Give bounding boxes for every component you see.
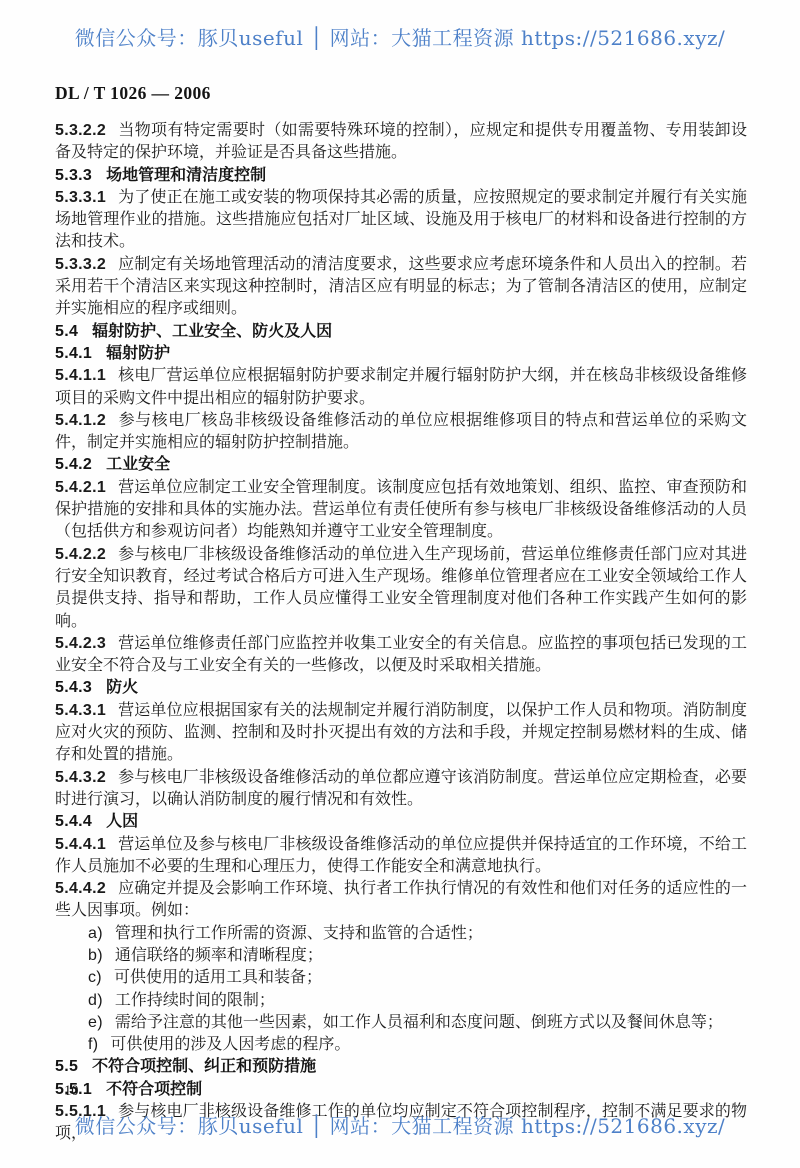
clause-number: 5.4.1.2 xyxy=(55,412,106,429)
list-item: b)通信联络的频率和清晰程度； xyxy=(55,945,747,967)
clause-text: 营运单位及参与核电厂非核级设备维修活动的单位应提供并保持适宜的工作环境，不给工作… xyxy=(55,836,747,875)
clause-text: 工业安全 xyxy=(106,456,170,473)
clause-number: a) xyxy=(88,925,103,942)
clause-number: 5.4.4 xyxy=(55,813,92,830)
clause-number: b) xyxy=(88,947,103,964)
section-heading: 5.3.3场地管理和清洁度控制 xyxy=(55,165,747,187)
clause-paragraph: 5.4.3.2参与核电厂非核级设备维修活动的单位都应遵守该消防制度。营运单位应定… xyxy=(55,767,747,812)
clause-number: 5.3.2.2 xyxy=(55,122,106,139)
clause-text: 通信联络的频率和清晰程度； xyxy=(115,947,323,964)
section-heading: 5.5.1不符合项控制 xyxy=(55,1079,747,1101)
clause-text: 辐射防护、工业安全、防火及人因 xyxy=(92,323,332,340)
clause-number: 5.5 xyxy=(55,1058,78,1075)
clause-number: 5.4.2.3 xyxy=(55,635,106,652)
clause-number: 5.4 xyxy=(55,323,78,340)
clause-text: 可供使用的涉及人因考虑的程序。 xyxy=(110,1036,350,1053)
clause-text: 场地管理和清洁度控制 xyxy=(106,167,266,184)
clause-text: 不符合项控制、纠正和预防措施 xyxy=(92,1058,316,1075)
section-heading: 5.4.1辐射防护 xyxy=(55,343,747,365)
clause-text: 参与核电厂核岛非核级设备维修活动的单位应根据维修项目的特点和营运单位的采购文件，… xyxy=(55,412,747,451)
section-heading: 5.4.2工业安全 xyxy=(55,454,747,476)
clause-number: 5.3.3.2 xyxy=(55,256,106,273)
section-heading: 5.4.4人因 xyxy=(55,811,747,833)
clause-number: f) xyxy=(88,1036,98,1053)
list-item: d)工作持续时间的限制； xyxy=(55,990,747,1012)
clause-text: 应确定并提及会影响工作环境、执行者工作执行情况的有效性和他们对任务的适应性的一些… xyxy=(55,880,747,919)
clause-text: 核电厂营运单位应根据辐射防护要求制定并履行辐射防护大纲，并在核岛非核级设备维修项… xyxy=(55,367,747,406)
watermark-top: 微信公众号：豚贝useful │ 网站：大猫工程资源 https://52168… xyxy=(0,22,800,51)
clause-text: 营运单位应制定工业安全管理制度。该制度应包括有效地策划、组织、监控、审查预防和保… xyxy=(55,479,747,541)
clause-text: 应制定有关场地管理活动的清洁度要求，这些要求应考虑环境条件和人员出入的控制。若采… xyxy=(55,256,747,318)
clause-text: 为了使正在施工或安装的物项保持其必需的质量，应按照规定的要求制定并履行有关实施场… xyxy=(55,189,747,251)
clause-text: 人因 xyxy=(106,813,138,830)
clause-number: 5.3.3.1 xyxy=(55,189,106,206)
clause-paragraph: 5.4.3.1营运单位应根据国家有关的法规制定并履行消防制度，以保护工作人员和物… xyxy=(55,700,747,767)
list-item: f)可供使用的涉及人因考虑的程序。 xyxy=(55,1034,747,1056)
standard-number-header: DL / T 1026 — 2006 xyxy=(55,83,211,104)
clause-text: 营运单位应根据国家有关的法规制定并履行消防制度，以保护工作人员和物项。消防制度应… xyxy=(55,702,747,764)
clause-text: 需给予注意的其他一些因素，如工作人员福利和态度问题、倒班方式以及餐间休息等； xyxy=(115,1014,723,1031)
clause-number: 5.4.3 xyxy=(55,679,92,696)
clause-text: 工作持续时间的限制； xyxy=(115,992,275,1009)
clause-number: d) xyxy=(88,992,103,1009)
clause-text: 营运单位维修责任部门应监控并收集工业安全的有关信息。应监控的事项包括已发现的工业… xyxy=(55,635,747,674)
clause-number: 5.4.3.1 xyxy=(55,702,106,719)
clause-number: 5.4.2.2 xyxy=(55,546,106,563)
clause-text: 管理和执行工作所需的资源、支持和监管的合适性； xyxy=(115,925,483,942)
clause-number: 5.4.2.1 xyxy=(55,479,106,496)
clause-number: e) xyxy=(88,1014,103,1031)
clause-text: 参与核电厂非核级设备维修活动的单位都应遵守该消防制度。营运单位应定期检查，必要时… xyxy=(55,769,747,808)
section-heading: 5.4.3防火 xyxy=(55,677,747,699)
document-body: 5.3.2.2当物项有特定需要时（如需要特殊环境的控制），应规定和提供专用覆盖物… xyxy=(55,120,747,1146)
clause-paragraph: 5.4.1.1核电厂营运单位应根据辐射防护要求制定并履行辐射防护大纲，并在核岛非… xyxy=(55,365,747,410)
clause-text: 辐射防护 xyxy=(106,345,170,362)
page-number: 10 xyxy=(64,1083,79,1100)
clause-paragraph: 5.4.2.2参与核电厂非核级设备维修活动的单位进入生产现场前，营运单位维修责任… xyxy=(55,544,747,633)
clause-number: 5.4.3.2 xyxy=(55,769,106,786)
watermark-bottom: 微信公众号：豚贝useful │ 网站：大猫工程资源 https://52168… xyxy=(0,1110,800,1139)
list-item: a)管理和执行工作所需的资源、支持和监管的合适性； xyxy=(55,923,747,945)
clause-paragraph: 5.4.2.1营运单位应制定工业安全管理制度。该制度应包括有效地策划、组织、监控… xyxy=(55,477,747,544)
clause-text: 防火 xyxy=(106,679,138,696)
clause-number: 5.3.3 xyxy=(55,167,92,184)
clause-text: 参与核电厂非核级设备维修活动的单位进入生产现场前，营运单位维修责任部门应对其进行… xyxy=(55,546,747,630)
clause-number: 5.4.1.1 xyxy=(55,367,106,384)
list-item: e)需给予注意的其他一些因素，如工作人员福利和态度问题、倒班方式以及餐间休息等； xyxy=(55,1012,747,1034)
clause-number: 5.4.4.2 xyxy=(55,880,106,897)
clause-paragraph: 5.3.3.2应制定有关场地管理活动的清洁度要求，这些要求应考虑环境条件和人员出… xyxy=(55,254,747,321)
section-heading: 5.4辐射防护、工业安全、防火及人因 xyxy=(55,321,747,343)
clause-text: 可供使用的适用工具和装备； xyxy=(114,969,322,986)
section-heading: 5.5不符合项控制、纠正和预防措施 xyxy=(55,1056,747,1078)
clause-paragraph: 5.3.2.2当物项有特定需要时（如需要特殊环境的控制），应规定和提供专用覆盖物… xyxy=(55,120,747,165)
clause-paragraph: 5.4.4.1营运单位及参与核电厂非核级设备维修活动的单位应提供并保持适宜的工作… xyxy=(55,834,747,879)
clause-paragraph: 5.4.2.3营运单位维修责任部门应监控并收集工业安全的有关信息。应监控的事项包… xyxy=(55,633,747,678)
clause-text: 不符合项控制 xyxy=(106,1081,202,1098)
clause-paragraph: 5.4.1.2参与核电厂核岛非核级设备维修活动的单位应根据维修项目的特点和营运单… xyxy=(55,410,747,455)
clause-text: 当物项有特定需要时（如需要特殊环境的控制），应规定和提供专用覆盖物、专用装卸设备… xyxy=(55,122,747,161)
clause-number: c) xyxy=(88,969,102,986)
list-item: c)可供使用的适用工具和装备； xyxy=(55,967,747,989)
clause-paragraph: 5.3.3.1为了使正在施工或安装的物项保持其必需的质量，应按照规定的要求制定并… xyxy=(55,187,747,254)
clause-number: 5.4.1 xyxy=(55,345,92,362)
clause-paragraph: 5.4.4.2应确定并提及会影响工作环境、执行者工作执行情况的有效性和他们对任务… xyxy=(55,878,747,923)
document-page: 微信公众号：豚贝useful │ 网站：大猫工程资源 https://52168… xyxy=(0,0,800,1168)
clause-number: 5.4.2 xyxy=(55,456,92,473)
clause-number: 5.4.4.1 xyxy=(55,836,106,853)
